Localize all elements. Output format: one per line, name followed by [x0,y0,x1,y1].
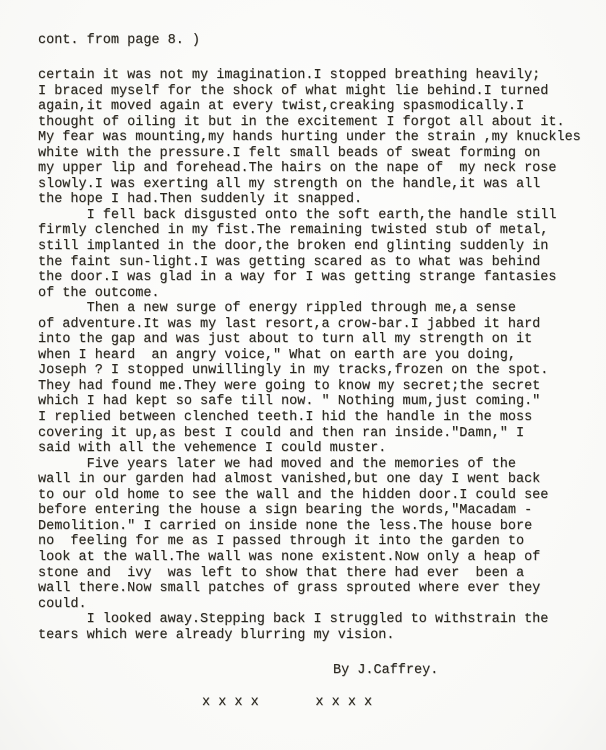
story-body-text: certain it was not my imagination.I stop… [38,68,581,643]
document-page: cont. from page 8. ) certain it was not … [0,0,606,750]
continuation-note: cont. from page 8. ) [38,33,200,49]
author-signature: By J.Caffrey. [333,663,438,679]
end-marks: x x x x x x x x [202,695,372,711]
